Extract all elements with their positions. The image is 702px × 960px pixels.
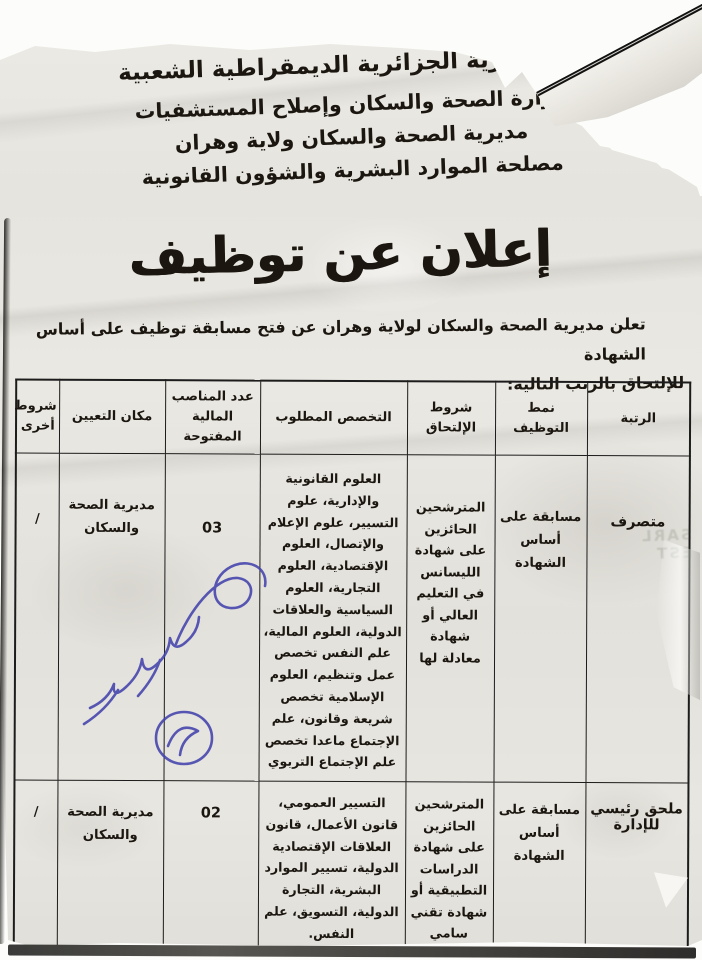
cell-other: / [14,453,58,780]
table-header-row: الرتبة نمط التوظيف شروط الإلتحاق التخصص … [16,380,690,456]
annotation-loop [176,563,265,644]
col-header-other-conditions: شروط أخرى [16,380,59,454]
cell-requirements: المترشحين الحائزين على شهادة الليسانس في… [405,455,494,782]
cell-positions: 02 [163,781,259,947]
newspaper-clipping: الجمهورية الجزائرية الديمقراطية الشعبية … [0,0,702,950]
cell-location: مديرية الصحة والسكان [57,780,164,947]
scanned-newspaper-page: { "document": { "header_lines": [ "الجمه… [0,0,702,960]
col-header-rank: الرتبة [587,382,690,456]
intro-line-1: تعلن مديرية الصحة والسكان لولاية وهران ع… [6,309,692,375]
col-header-required-specialty: التخصص المطلوب [260,381,407,455]
circled-mark-glyph [168,728,198,755]
col-header-assignment-place: مكان التعيين [59,380,165,454]
table-row-principal-attache: ملحق رئيسي للإدارة مسابقة على أساس الشها… [14,780,689,949]
col-header-recruitment-mode: نمط التوظيف [495,382,587,456]
cell-other: / [14,780,58,946]
cell-requirements: المترشحين الحائزين على شهادة الدراسات ال… [405,782,494,948]
bottom-scan-shadow [8,944,696,958]
cell-mode: مسابقة على أساس الشهادة [493,455,586,782]
cell-specialty: التسيير العمومي، قانون الأعمال، قانون ال… [258,781,406,948]
cell-mode: مسابقة على أساس الشهادة [493,782,586,948]
col-header-entry-conditions: شروط الإلتحاق [407,381,495,455]
col-header-open-positions: عدد المناصب المالية المفتوحة [165,380,260,454]
cell-rank: ملحق رئيسي للإدارة [585,783,689,950]
handwritten-annotation [78,556,288,771]
announcement-title: إعلان عن توظيف [0,217,681,289]
circled-mark [156,712,212,764]
